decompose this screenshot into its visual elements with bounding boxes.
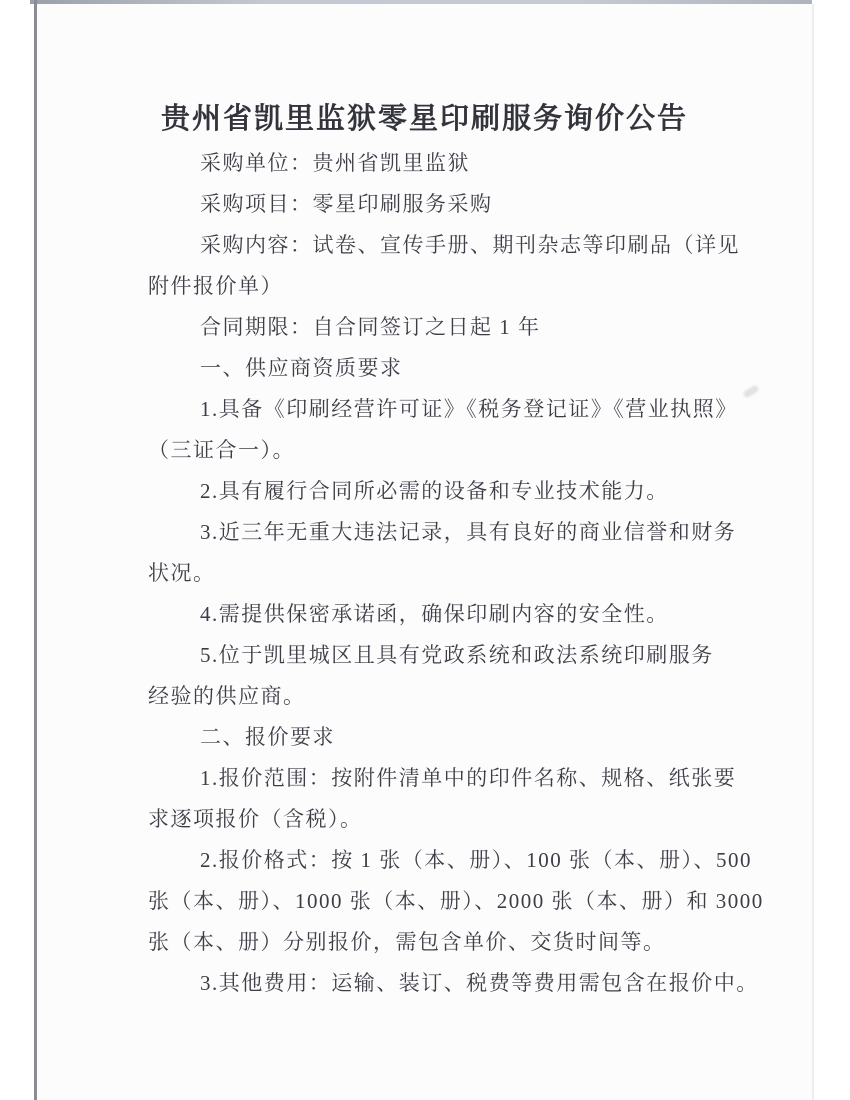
text-line-purchasing-project: 采购项目：零星印刷服务采购 — [148, 184, 728, 225]
text-line-purchasing-unit: 采购单位：贵州省凯里监狱 — [148, 143, 728, 184]
text-line-purchasing-content: 采购内容：试卷、宣传手册、期刊杂志等印刷品（详见 — [148, 225, 728, 266]
scanned-document-view: 贵州省凯里监狱零星印刷服务询价公告 采购单位：贵州省凯里监狱 采购项目：零星印刷… — [0, 0, 850, 1100]
text-line-quote-item-2: 2.报价格式：按 1 张（本、册）、100 张（本、册）、500 — [148, 840, 728, 881]
section-heading-supplier-qualifications: 一、供应商资质要求 — [148, 348, 728, 389]
text-line-quote-item-2-cont-b: 张（本、册）分别报价，需包含单价、交货时间等。 — [148, 922, 728, 963]
scan-smudge-artifact — [742, 384, 759, 398]
text-line-qual-item-3-cont: 状况。 — [148, 553, 728, 594]
text-line-qual-item-2: 2.具有履行合同所必需的设备和专业技术能力。 — [148, 471, 728, 512]
text-line-quote-item-1: 1.报价范围：按附件清单中的印件名称、规格、纸张要 — [148, 758, 728, 799]
scan-right-page-seam — [812, 4, 814, 1100]
text-line-qual-item-3: 3.近三年无重大违法记录，具有良好的商业信誉和财务 — [148, 512, 728, 553]
text-line-qual-item-5-cont: 经验的供应商。 — [148, 676, 728, 717]
document-title: 贵州省凯里监狱零星印刷服务询价公告 — [37, 96, 812, 137]
text-line-quote-item-2-cont-a: 张（本、册）、1000 张（本、册）、2000 张（本、册）和 3000 — [148, 881, 728, 922]
text-line-qual-item-4: 4.需提供保密承诺函，确保印刷内容的安全性。 — [148, 594, 728, 635]
text-line-contract-term: 合同期限：自合同签订之日起 1 年 — [148, 307, 728, 348]
section-heading-quotation-requirements: 二、报价要求 — [148, 717, 728, 758]
document-body: 采购单位：贵州省凯里监狱 采购项目：零星印刷服务采购 采购内容：试卷、宣传手册、… — [148, 143, 728, 1004]
text-line-quote-item-3: 3.其他费用：运输、装订、税费等费用需包含在报价中。 — [148, 963, 728, 1004]
document-page: 贵州省凯里监狱零星印刷服务询价公告 采购单位：贵州省凯里监狱 采购项目：零星印刷… — [37, 4, 812, 1100]
text-line-quote-item-1-cont: 求逐项报价（含税）。 — [148, 799, 728, 840]
text-line-qual-item-5: 5.位于凯里城区且具有党政系统和政法系统印刷服务 — [148, 635, 728, 676]
text-line-qual-item-1: 1.具备《印刷经营许可证》《税务登记证》《营业执照》 — [148, 389, 728, 430]
text-line-qual-item-1-cont: （三证合一）。 — [148, 430, 728, 471]
text-line-purchasing-content-cont: 附件报价单） — [148, 266, 728, 307]
